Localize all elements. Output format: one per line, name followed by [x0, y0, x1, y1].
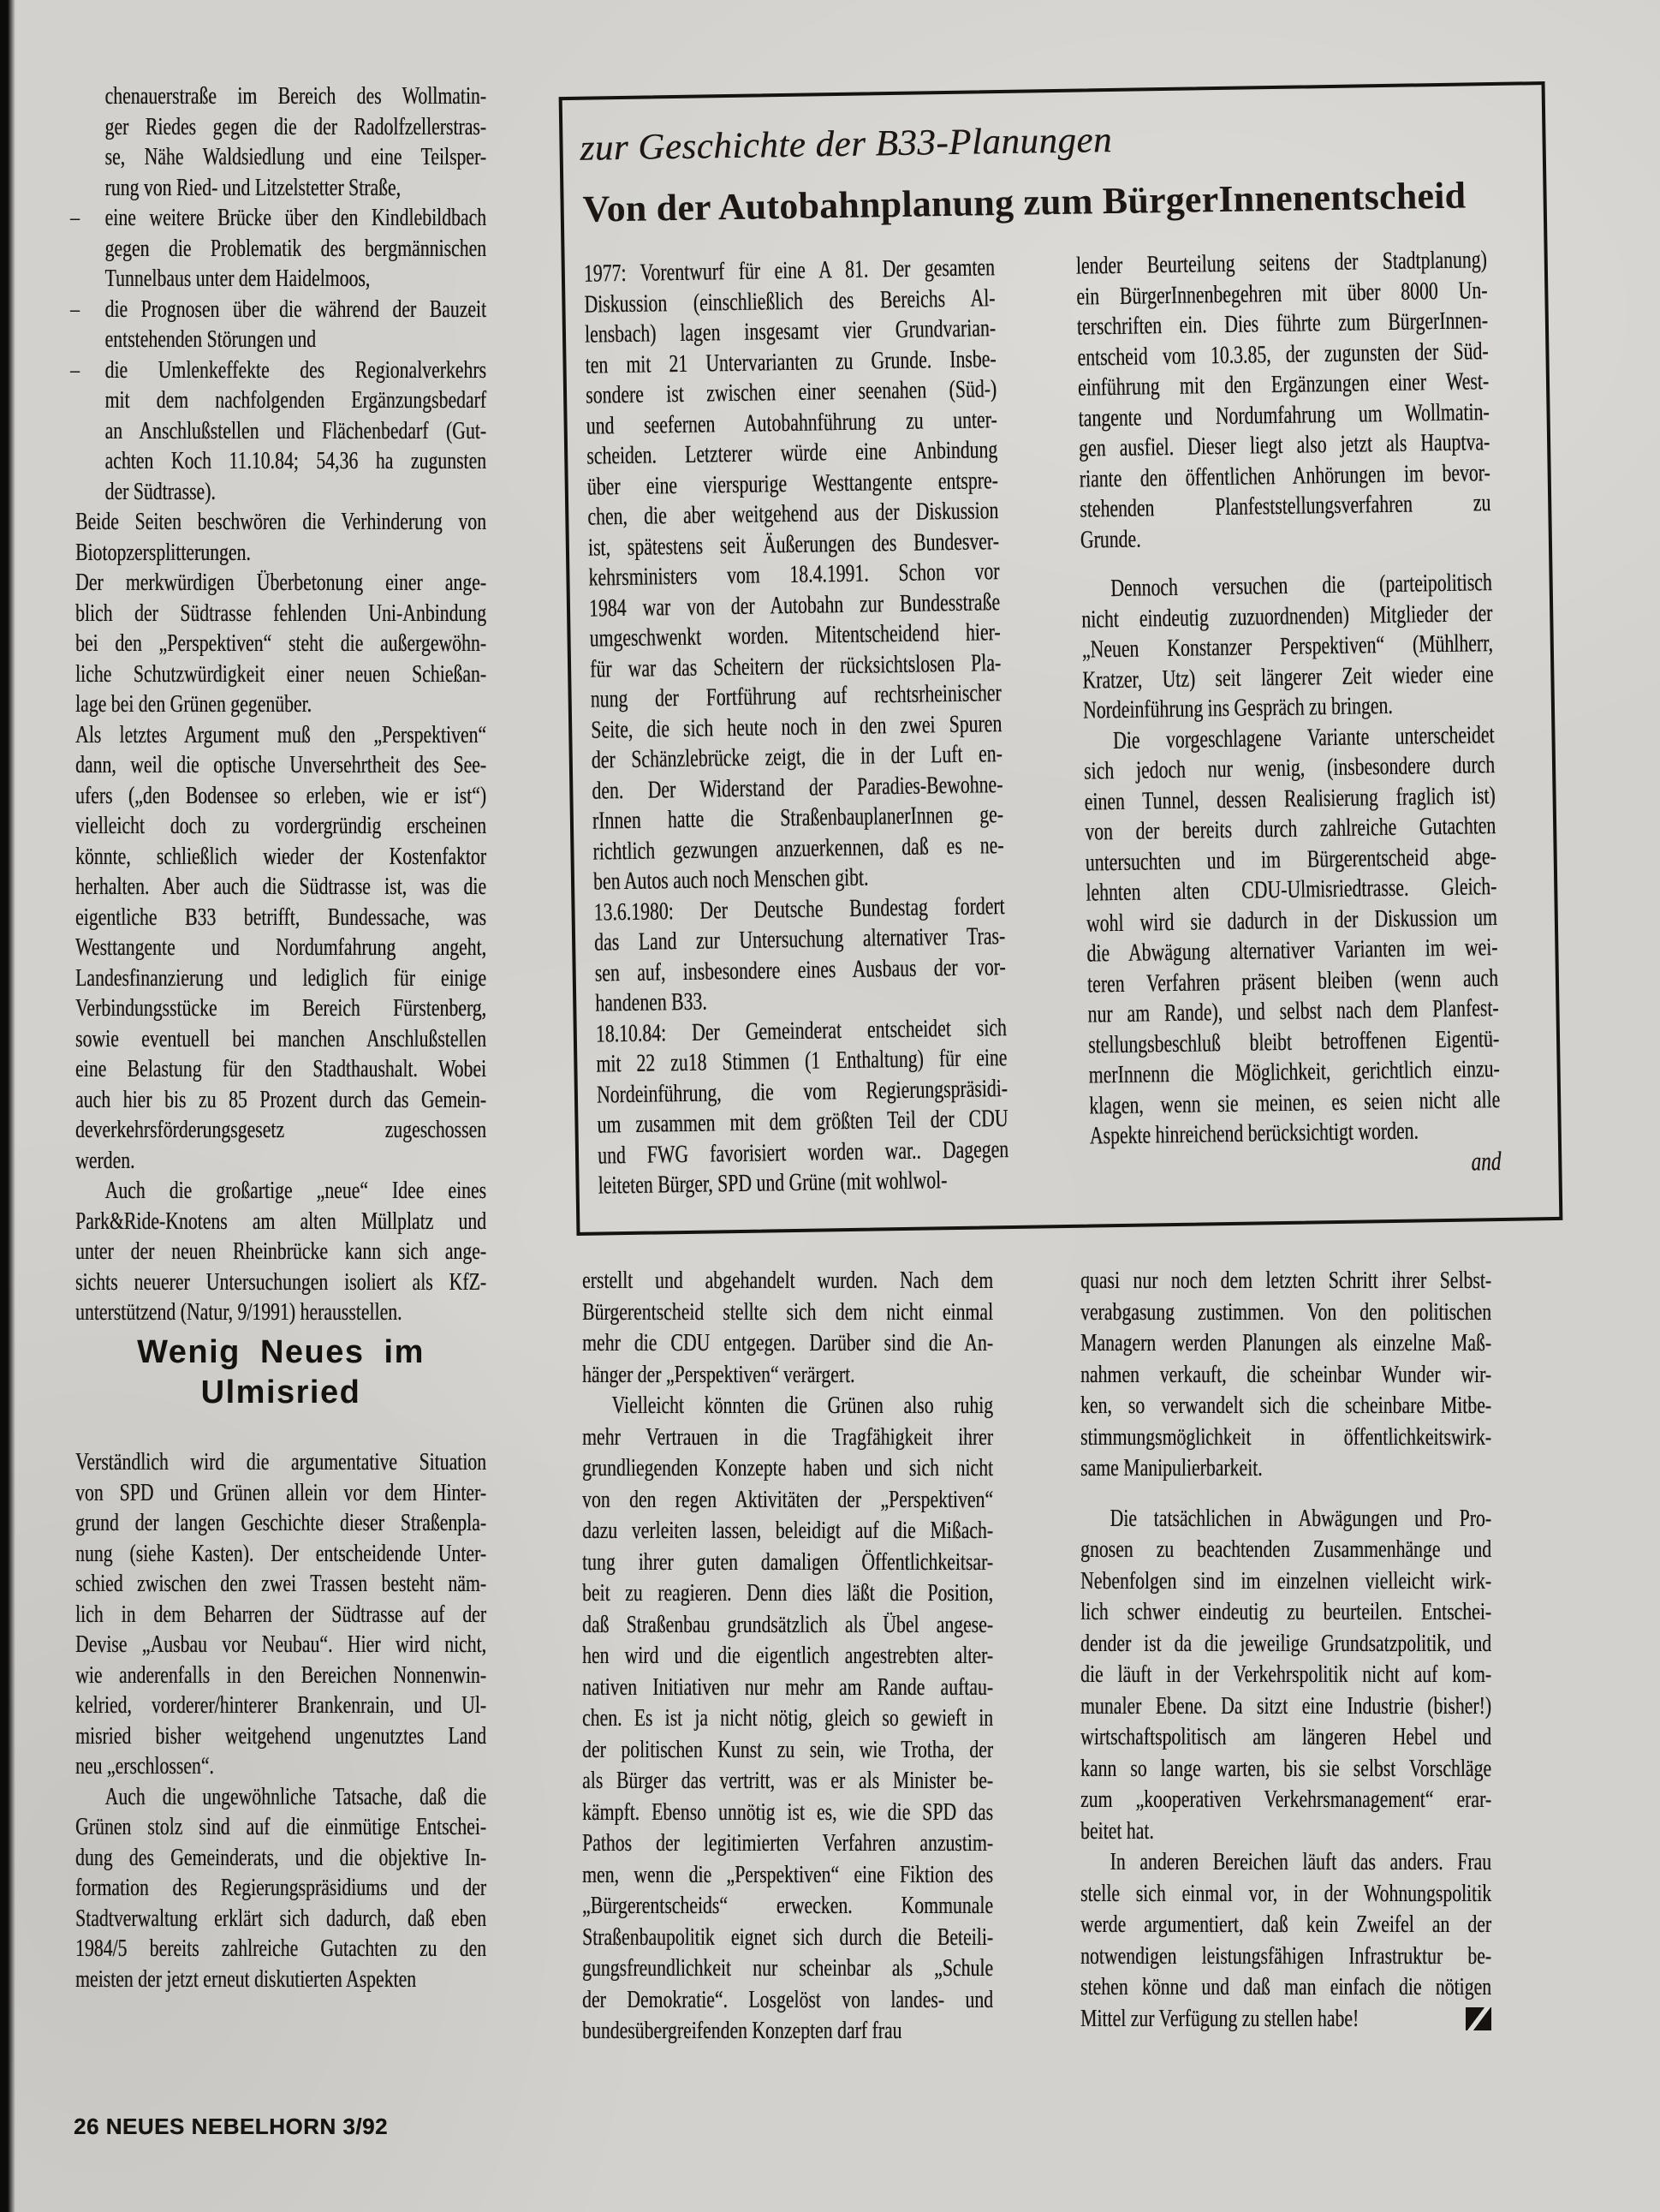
text-line: schied zwischen den zwei Trassen besteht…	[75, 1569, 486, 1600]
scan-edge-shadow	[0, 0, 15, 2212]
text-line: der Südtrasse).	[75, 477, 486, 508]
text-line: daß Straßenbau grundsätzlich als Übel an…	[582, 1609, 993, 1641]
text-line: mit dem nachfolgenden Ergänzungsbedarf	[75, 385, 486, 416]
text-line: –die Umlenkeffekte des Regionalverkehrs	[75, 355, 486, 386]
text-line: Stadtverwaltung erklärt sich dadurch, da…	[75, 1904, 486, 1935]
text-line: gungsfreundlichkeit nur scheinbar als „S…	[582, 1953, 993, 1984]
text-line: nung (siehe Kasten). Der entscheidende U…	[75, 1539, 486, 1570]
box-kicker: zur Geschichte der B33-Planungen	[580, 119, 1112, 170]
text-line: bundesübergreifenden Konzepten darf frau	[582, 2015, 993, 2047]
text-line: ger Riedes gegen die der Radolfzellerstr…	[75, 112, 486, 143]
text-line: Landesfinanzierung und lediglich für ein…	[75, 963, 486, 994]
text-line: auch hier bis zu 85 Prozent durch das Ge…	[75, 1085, 486, 1116]
text-line: rung von Ried- und Litzelstetter Straße,	[75, 173, 486, 204]
text-line: „Bürgerentscheids“ erwecken. Kommunale	[582, 1890, 993, 1922]
text-line: nativen Initiativen nur mehr am Rande au…	[582, 1672, 993, 1703]
text-line: quasi nur noch dem letzten Schritt ihrer…	[1080, 1265, 1491, 1297]
text-line: Vielleicht könnten die Grünen also ruhig	[582, 1390, 993, 1422]
text-line: stehenden Planfeststellungsverfahren zu	[1080, 488, 1490, 525]
text-line: lich schwer eindeutig zu beurteilen. Ent…	[1080, 1596, 1491, 1628]
sidebar-box-article: zur Geschichte der B33-Planungen Von der…	[559, 81, 1563, 1236]
text-line: gnosen zu beachtenden Zusammenhänge und	[1080, 1534, 1491, 1565]
text-line: blich der Südtrasse fehlenden Uni-Anbind…	[75, 599, 486, 629]
text-line: dann, weil die optische Unversehrtheit d…	[75, 750, 486, 781]
text-line: richtlich gezwungen anzuerkennen, daß es…	[592, 831, 1003, 868]
text-line: stelle sich einmal vor, in der Wohnungsp…	[1080, 1878, 1491, 1910]
text-line: der politischen Kunst zu sein, wie Troth…	[582, 1734, 993, 1766]
text-line: chen. Es ist ja nicht nötig, gleich so g…	[582, 1702, 993, 1734]
text-line: Grünen stolz sind auf die einmütige Ents…	[75, 1812, 486, 1843]
text-line: von den regen Aktivitäten der „Perspekti…	[582, 1484, 993, 1516]
text-line: Der merkwürdigen Überbetonung einer ange…	[75, 568, 486, 599]
text-line: stimmungsmöglichkeit in öffentlichkeitsw…	[1080, 1422, 1491, 1453]
text-line: Die tatsächlichen in Abwägungen und Pro-	[1080, 1503, 1491, 1535]
text-line: beitet hat.	[1080, 1816, 1491, 1847]
text-line: In anderen Bereichen läuft das anders. F…	[1080, 1846, 1491, 1878]
text-line: stehen könne und daß man einfach die nöt…	[1080, 1971, 1491, 2003]
box-column-2: lender Beurteilung seitens der Stadtplan…	[1076, 245, 1502, 1182]
text-line: hänger der „Perspektiven“ verärgert.	[582, 1359, 993, 1391]
text-line: als Bürger das vertritt, was er als Mini…	[582, 1765, 993, 1797]
text-line: bei den „Perspektiven“ steht die außerge…	[75, 629, 486, 659]
text-line: Nebenfolgen sind im einzelnen vielleicht…	[1080, 1565, 1491, 1597]
newspaper-page: chenauerstraße im Bereich des Wollmatin-…	[0, 0, 1660, 2212]
text-line: könnte, schließlich wieder der Kostenfak…	[75, 842, 486, 873]
text-line: erstellt und abgehandelt wurden. Nach de…	[582, 1265, 993, 1297]
text-line: achten Koch 11.10.84; 54,36 ha zugunsten	[75, 446, 486, 477]
text-line: an Anschlußstellen und Flächenbedarf (Gu…	[75, 416, 486, 447]
text-line: klagen, wenn sie meinen, es seien nicht …	[1089, 1085, 1500, 1122]
text-line: Verbindungsstücke im Bereich Fürstenberg…	[75, 993, 486, 1024]
text-line: men, wenn die „Perspektiven“ eine Fiktio…	[582, 1859, 993, 1891]
text-line: neu „erschlossen“.	[75, 1751, 486, 1782]
text-line: beit zu reagieren. Denn dies läßt die Po…	[582, 1577, 993, 1609]
text-line: wie anderenfalls in den Bereichen Nonnen…	[75, 1660, 486, 1691]
text-line: formation des Regierungspräsidiums und d…	[75, 1873, 486, 1904]
text-line: meisten der jetzt erneut diskutierten As…	[75, 1965, 486, 1995]
text-line: hen wird und die eigentlich angestrebten…	[582, 1640, 993, 1672]
text-line: Bürgerentscheid stellte sich dem nicht e…	[582, 1297, 993, 1328]
text-line: Als letztes Argument muß den „Perspektiv…	[75, 720, 486, 751]
bullet-dash: –	[70, 355, 80, 386]
text-line: same Manipulierbarkeit.	[1080, 1452, 1491, 1484]
text-line: Grunde.	[1080, 519, 1491, 556]
text-line: kelried, vorderer/hinterer Brankenrain, …	[75, 1690, 486, 1721]
text-line: ken, so verwandelt sich die scheinbare M…	[1080, 1390, 1491, 1422]
text-line: Devise „Ausbau vor Neubau“. Hier wird ni…	[75, 1630, 486, 1660]
text-line: Kratzer, Utz) seit längerer Zeit wieder …	[1082, 659, 1493, 696]
text-line: –die Prognosen über die während der Bauz…	[75, 295, 486, 325]
text-line: lich in dem Beharren der Südtrasse auf d…	[75, 1600, 486, 1631]
text-line: deverkehrsförderungsgesetz zugeschossen	[75, 1115, 486, 1146]
text-line: chenauerstraße im Bereich des Wollmatin-	[75, 81, 486, 112]
text-line: eine Belastung für den Stadthaushalt. Wo…	[75, 1054, 486, 1085]
text-line: Mittel zur Verfügung zu stellen habe!	[1080, 2003, 1491, 2035]
text-line: Beide Seiten beschwören die Verhinderung…	[75, 507, 486, 538]
text-line: die läuft in der Verkehrspolitik nicht a…	[1080, 1659, 1491, 1690]
text-line: sen auf, insbesondere eines Ausbaus der …	[594, 952, 1005, 989]
text-line: sowie eventuell bei manchen Anschlußstel…	[75, 1024, 486, 1055]
text-line: zum „kooperativen Verkehrsmanagement“ er…	[1080, 1784, 1491, 1816]
text-line: Pathos der legitimierten Verfahren anzus…	[582, 1827, 993, 1859]
box-title: Von der Autobahnplanung zum BürgerInnene…	[582, 174, 1466, 232]
text-line: liche Schutzwürdigkeit einer neuen Schie…	[75, 659, 486, 690]
section-heading: Wenig Neues im Ulmisried	[75, 1333, 486, 1413]
text-line: kämpft. Ebenso unnötig ist es, wie die S…	[582, 1797, 993, 1828]
text-line: Westtangente und Nordumfahrung angeht,	[75, 933, 486, 963]
text-line: notwendigen leistungsfähigen Infrastrukt…	[1080, 1941, 1491, 1972]
text-line: werden.	[75, 1146, 486, 1177]
text-line: und FWG favorisiert worden war.. Dagegen	[598, 1135, 1008, 1172]
text-line: sichts neuerer Untersuchungen isoliert a…	[75, 1267, 486, 1298]
text-line: wirtschaftspolitisch am längeren Hebel u…	[1080, 1721, 1491, 1753]
text-line: Auch die großartige „neue“ Idee eines	[75, 1176, 486, 1207]
bullet-dash: –	[70, 203, 80, 234]
text-line: unter der neuen Rheinbrücke kann sich an…	[75, 1237, 486, 1267]
text-line: unterstützend (Natur, 9/1991) herausstel…	[75, 1297, 486, 1328]
text-line: grund der langen Geschichte dieser Straß…	[75, 1508, 486, 1539]
text-line: gegen die Problematik des bergmännischen	[75, 234, 486, 265]
right-column-text: quasi nur noch dem letzten Schritt ihrer…	[1080, 1265, 1491, 2034]
text-line: Straßenbaupolitik eignet sich durch die …	[582, 1922, 993, 1953]
text-line: entstehenden Störungen und	[75, 325, 486, 355]
text-line: dung des Gemeinderats, und die objektive…	[75, 1843, 486, 1874]
text-line: lage bei den Grünen gegenüber.	[75, 689, 486, 720]
text-line: nahmen verkauft, die scheinbar Wunder wi…	[1080, 1359, 1491, 1391]
text-line: ufers („den Bodensee so erleben, wie er …	[75, 781, 486, 812]
text-line: se, Nähe Waldsiedlung und eine Teilsper-	[75, 142, 486, 173]
page-footer: 26 NEUES NEBELHORN 3/92	[74, 2114, 388, 2140]
text-line: misried bisher weitgehend ungenutztes La…	[75, 1721, 486, 1752]
text-line: von SPD und Grünen allein vor dem Hinter…	[75, 1478, 486, 1509]
text-line: leiteten Bürger, SPD und Grüne (mit wohl…	[598, 1165, 1008, 1201]
text-line: tung ihrer guten damaligen Öffentlichkei…	[582, 1547, 993, 1578]
text-line: mehr Vertrauen in die Tragfähigkeit ihre…	[582, 1422, 993, 1453]
text-line: munaler Ebene. Da sitzt eine Industrie (…	[1080, 1690, 1491, 1722]
text-line: –eine weitere Brücke über den Kindlebild…	[75, 203, 486, 234]
text-line: Park&Ride-Knotens am alten Müllplatz und	[75, 1207, 486, 1237]
text-line: grundliegenden Konzepte haben und sich n…	[582, 1452, 993, 1484]
text-line: and	[1090, 1145, 1501, 1182]
text-line: werde argumentiert, daß kein Zweifel an …	[1080, 1909, 1491, 1941]
text-line: kann so lange warten, bis sie selbst Vor…	[1080, 1753, 1491, 1785]
box-column-1: 1977: Vorentwurf für eine A 81. Der gesa…	[584, 253, 1009, 1201]
text-line: eigentliche B33 betrifft, Bundessache, w…	[75, 903, 486, 933]
bullet-dash: –	[70, 295, 80, 325]
left-column-text-bottom: Verständlich wird die argumentative Situ…	[75, 1447, 486, 1994]
end-mark-icon	[1466, 2007, 1491, 2030]
text-line: Biotopzersplitterungen.	[75, 538, 486, 569]
section-heading-line1: Wenig Neues im	[75, 1333, 486, 1373]
text-line: mehr die CDU entgegen. Darüber sind die …	[582, 1327, 993, 1359]
text-line: verabgasung zustimmen. Von den politisch…	[1080, 1297, 1491, 1328]
text-line: 1984/5 bereits zahlreiche Gutachten zu d…	[75, 1934, 486, 1965]
text-line: Auch die ungewöhnliche Tatsache, daß die	[75, 1782, 486, 1813]
text-line: Verständlich wird die argumentative Situ…	[75, 1447, 486, 1478]
text-line: dender ist da die jeweilige Grundsatzpol…	[1080, 1628, 1491, 1660]
text-line: der Demokratie“. Losgelöst von landes- u…	[582, 1984, 993, 2016]
text-line: Tunnelbaus unter dem Haidelmoos,	[75, 264, 486, 295]
section-heading-line2: Ulmisried	[75, 1373, 486, 1413]
left-column-text-top: chenauerstraße im Bereich des Wollmatin-…	[75, 81, 486, 1328]
text-line: Managern werden Planungen als einzelne M…	[1080, 1327, 1491, 1359]
text-line: herhalten. Aber auch die Südtrasse ist, …	[75, 872, 486, 903]
text-line: vielleicht doch zu vordergründig erschei…	[75, 811, 486, 842]
text-line: dazu verleiten lassen, beleidigt auf die…	[582, 1515, 993, 1547]
middle-column-text: erstellt und abgehandelt wurden. Nach de…	[582, 1265, 993, 2047]
